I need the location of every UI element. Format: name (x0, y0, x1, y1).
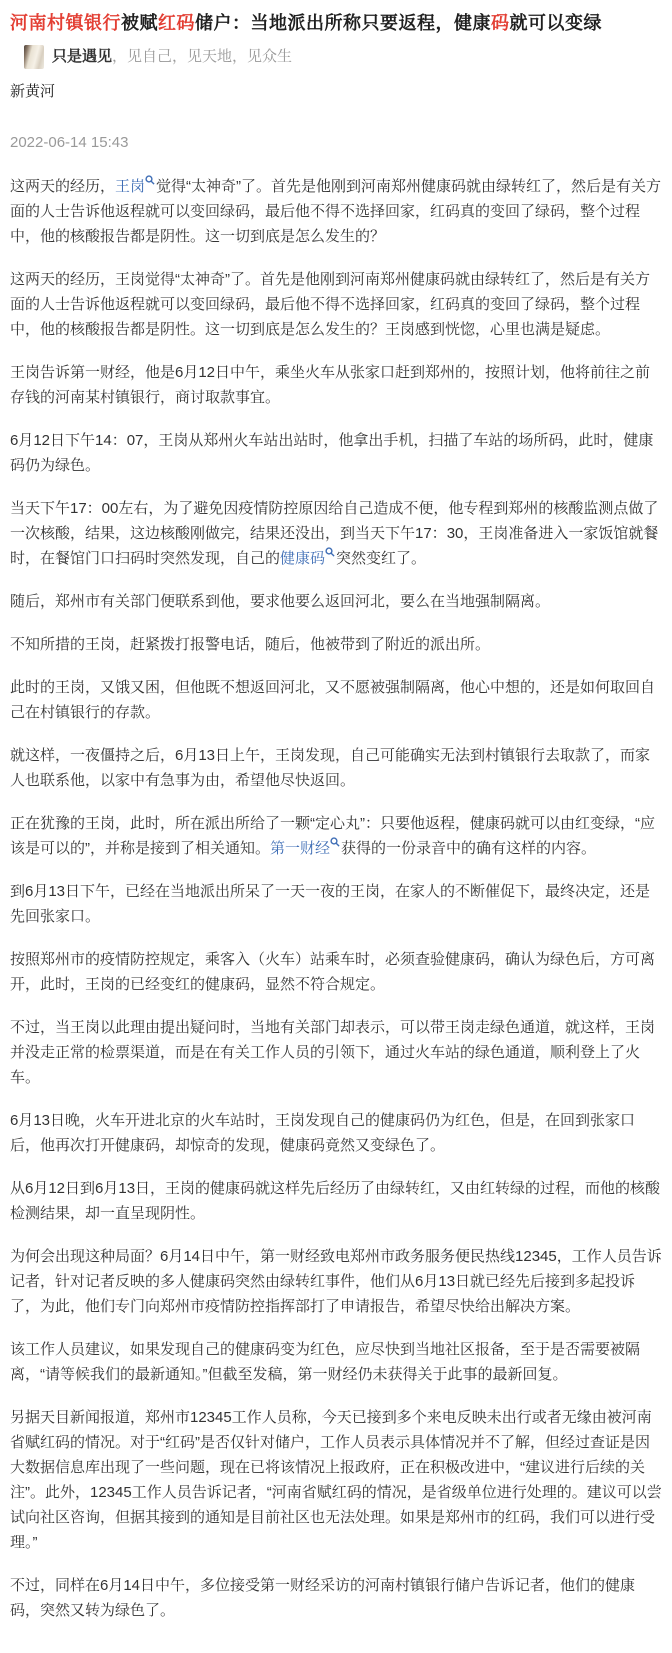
search-icon (330, 837, 340, 847)
paragraph: 为何会出现这种局面？6月14日中午，第一财经致电郑州市政务服务便民热线12345… (10, 1244, 662, 1319)
search-icon (325, 547, 335, 557)
author-avatar[interactable] (24, 45, 44, 69)
paragraph-text: 6月13日晚，火车开进北京的火车站时，王岗发现自己的健康码仍为红色，但是，在回到… (10, 1112, 635, 1154)
paragraph-text: 不知所措的王岗，赶紧拨打报警电话，随后，他被带到了附近的派出所。 (10, 636, 490, 653)
paragraph: 6月12日下午14：07，王岗从郑州火车站出站时，他拿出手机，扫描了车站的场所码… (10, 428, 662, 478)
paragraph-text: 这两天的经历，王岗觉得“太神奇”了。首先是他刚到河南郑州健康码就由绿转红了，然后… (10, 271, 650, 338)
keyword-link[interactable]: 王岗 (115, 178, 145, 195)
author-name[interactable]: 只是遇见 (52, 45, 112, 69)
title-highlight-segment: 红码 (158, 13, 195, 33)
paragraph: 另据天目新闻报道，郑州市12345工作人员称，今天已接到多个来电反映未出行或者无… (10, 1405, 662, 1555)
paragraph: 此时的王岗，又饿又困，但他既不想返回河北，又不愿被强制隔离，他心中想的，还是如何… (10, 675, 662, 725)
search-icon (145, 175, 155, 185)
paragraph-text: 随后，郑州市有关部门便联系到他，要求他要么返回河北，要么在当地强制隔离。 (10, 593, 550, 610)
paragraph-text: 另据天目新闻报道，郑州市12345工作人员称，今天已接到多个来电反映未出行或者无… (10, 1409, 662, 1551)
paragraph: 不过，当王岗以此理由提出疑问时，当地有关部门却表示，可以带王岗走绿色通道，就这样… (10, 1015, 662, 1090)
paragraph-text: 6月12日下午14：07，王岗从郑州火车站出站时，他拿出手机，扫描了车站的场所码… (10, 432, 653, 474)
paragraph-text: 就这样，一夜僵持之后，6月13日上午，王岗发现，自己可能确实无法到村镇银行去取款… (10, 747, 650, 789)
title-segment: 储户：当地派出所称只要返程，健康 (195, 13, 491, 33)
paragraph-text: 从6月12日到6月13日，王岗的健康码就这样先后经历了由绿转红，又由红转绿的过程… (10, 1180, 660, 1222)
source-name: 新黄河 (10, 82, 662, 102)
paragraph: 不知所措的王岗，赶紧拨打报警电话，随后，他被带到了附近的派出所。 (10, 632, 662, 657)
paragraph-text: 不过，当王岗以此理由提出疑问时，当地有关部门却表示，可以带王岗走绿色通道，就这样… (10, 1019, 655, 1086)
paragraph: 这两天的经历，王岗觉得“太神奇”了。首先是他刚到河南郑州健康码就由绿转红了，然后… (10, 174, 662, 249)
paragraph: 从6月12日到6月13日，王岗的健康码就这样先后经历了由绿转红，又由红转绿的过程… (10, 1176, 662, 1226)
paragraph: 这两天的经历，王岗觉得“太神奇”了。首先是他刚到河南郑州健康码就由绿转红了，然后… (10, 267, 662, 342)
author-byline: 只是遇见 ，见自己，见天地，见众生 (24, 45, 662, 69)
paragraph-text: 到6月13日下午，已经在当地派出所呆了一天一夜的王岗，在家人的不断催促下，最终决… (10, 883, 650, 925)
title-highlight-segment: 码 (491, 13, 510, 33)
page-title: 河南村镇银行被赋红码储户：当地派出所称只要返程，健康码就可以变绿 (10, 10, 662, 37)
paragraph: 6月13日晚，火车开进北京的火车站时，王岗发现自己的健康码仍为红色，但是，在回到… (10, 1108, 662, 1158)
paragraph-text: 突然变红了。 (336, 550, 426, 567)
paragraph: 到6月13日下午，已经在当地派出所呆了一天一夜的王岗，在家人的不断催促下，最终决… (10, 879, 662, 929)
paragraph: 该工作人员建议，如果发现自己的健康码变为红色，应尽快到当地社区报备，至于是否需要… (10, 1337, 662, 1387)
paragraph-text: 王岗告诉第一财经，他是6月12日中午，乘坐火车从张家口赶到郑州的，按照计划，他将… (10, 364, 650, 406)
paragraph-text: 这两天的经历， (10, 178, 115, 195)
paragraph-text: 获得的一份录音中的确有这样的内容。 (341, 840, 596, 857)
paragraph-text: 为何会出现这种局面？6月14日中午，第一财经致电郑州市政务服务便民热线12345… (10, 1248, 662, 1315)
title-segment: 就可以变绿 (510, 13, 603, 33)
paragraph: 就这样，一夜僵持之后，6月13日上午，王岗发现，自己可能确实无法到村镇银行去取款… (10, 743, 662, 793)
paragraph-text: 不过，同样在6月14日中午，多位接受第一财经采访的河南村镇银行储户告诉记者，他们… (10, 1577, 635, 1619)
paragraph-text: 该工作人员建议，如果发现自己的健康码变为红色，应尽快到当地社区报备，至于是否需要… (10, 1341, 640, 1383)
title-segment: 被赋 (121, 13, 158, 33)
paragraph-text: 此时的王岗，又饿又困，但他既不想返回河北，又不愿被强制隔离，他心中想的，还是如何… (10, 679, 655, 721)
keyword-link[interactable]: 第一财经 (270, 840, 330, 857)
paragraph: 按照郑州市的疫情防控规定，乘客入（火车）站乘车时，必须查验健康码，确认为绿色后，… (10, 947, 662, 997)
paragraph: 随后，郑州市有关部门便联系到他，要求他要么返回河北，要么在当地强制隔离。 (10, 589, 662, 614)
article-page: 河南村镇银行被赋红码储户：当地派出所称只要返程，健康码就可以变绿 只是遇见 ，见… (0, 0, 672, 1653)
paragraph: 王岗告诉第一财经，他是6月12日中午，乘坐火车从张家口赶到郑州的，按照计划，他将… (10, 360, 662, 410)
paragraph: 当天下午17：00左右，为了避免因疫情防控原因给自己造成不便，他专程到郑州的核酸… (10, 496, 662, 571)
paragraph: 正在犹豫的王岗，此时，所在派出所给了一颗“定心丸”：只要他返程，健康码就可以由红… (10, 811, 662, 861)
keyword-link[interactable]: 健康码 (280, 550, 325, 567)
paragraph: 不过，同样在6月14日中午，多位接受第一财经采访的河南村镇银行储户告诉记者，他们… (10, 1573, 662, 1623)
paragraph-text: 按照郑州市的疫情防控规定，乘客入（火车）站乘车时，必须查验健康码，确认为绿色后，… (10, 951, 655, 993)
title-highlight-segment: 河南村镇银行 (10, 13, 121, 33)
publish-time: 2022-06-14 15:43 (10, 133, 662, 153)
author-tagline: ，见自己，见天地，见众生 (112, 45, 292, 69)
article-body: 这两天的经历，王岗觉得“太神奇”了。首先是他刚到河南郑州健康码就由绿转红了，然后… (10, 174, 662, 1623)
